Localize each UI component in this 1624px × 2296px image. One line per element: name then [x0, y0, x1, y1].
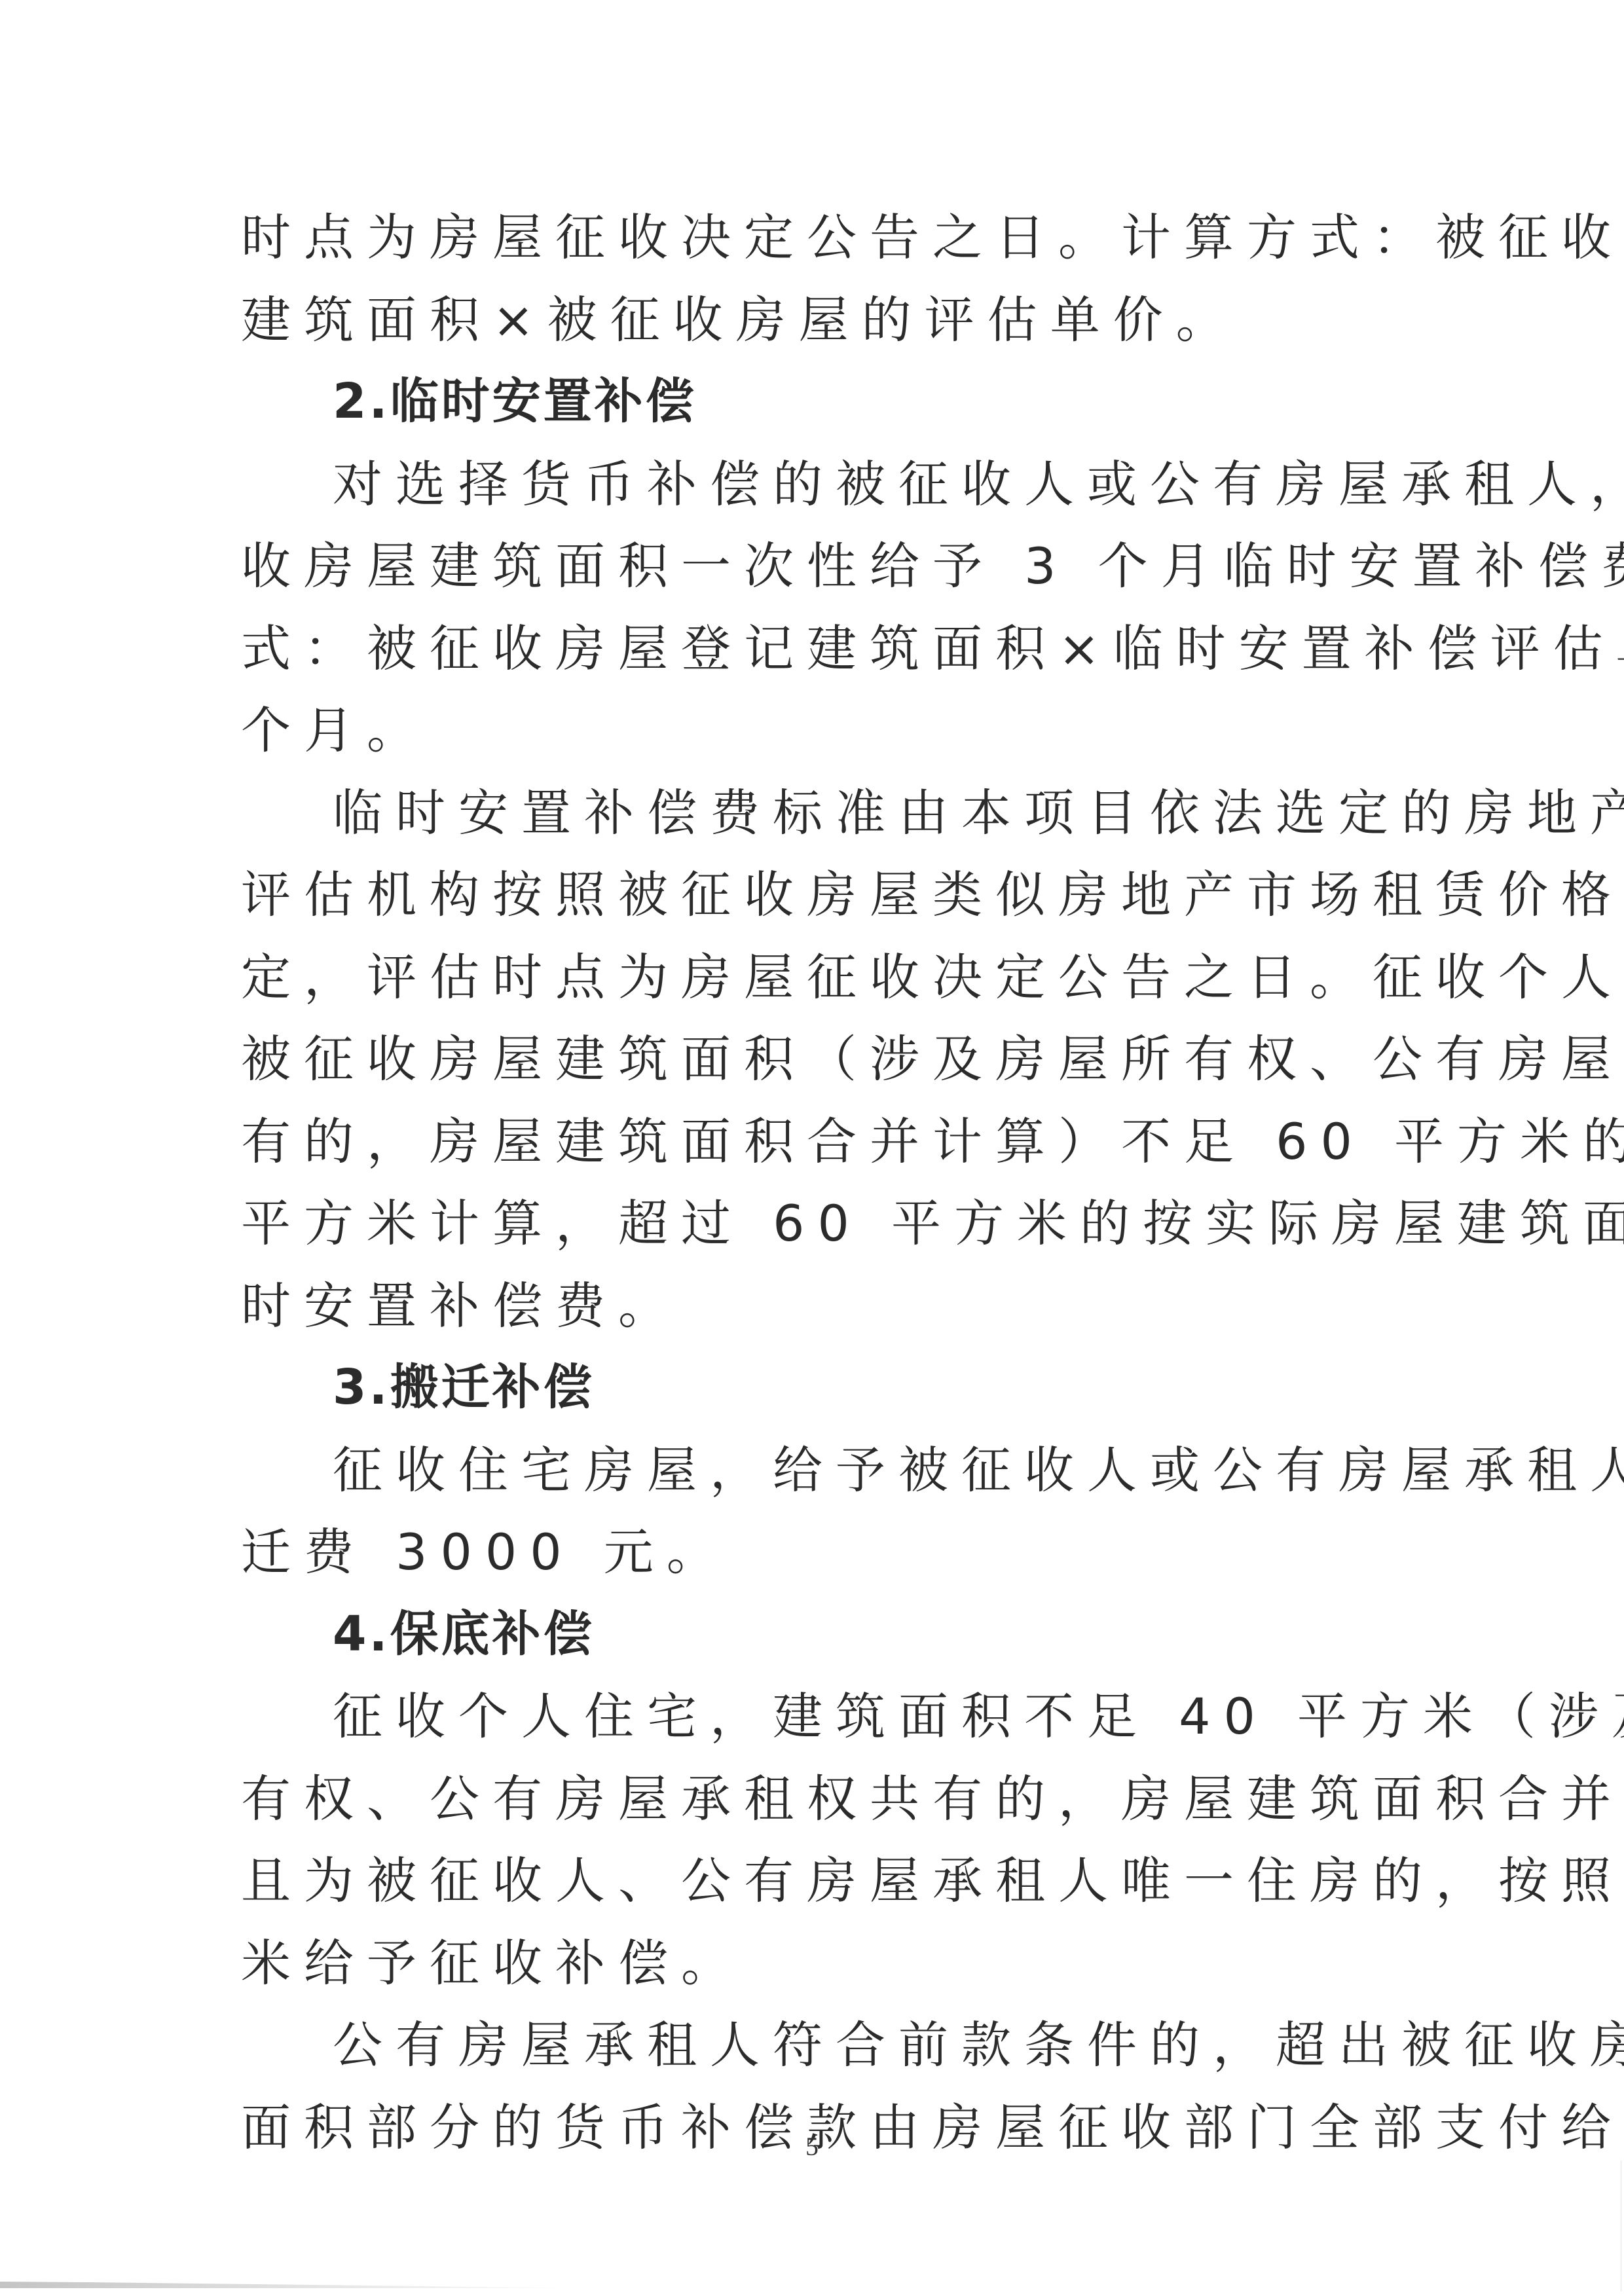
paragraph-line: 临时安置补偿费标准由本项目依法选定的房地产价格: [241, 772, 1393, 854]
section-heading-temporary-resettlement: 2.临时安置补偿: [241, 361, 1393, 443]
paragraph-line: 式：被征收房屋登记建筑面积×临时安置补偿评估单价×3: [241, 608, 1393, 690]
document-body: 时点为房屋征收决定公告之日。计算方式：被征收房屋登记 建筑面积×被征收房屋的评估…: [241, 196, 1393, 2168]
paragraph-line: 征收住宅房屋，给予被征收人或公有房屋承租人房屋搬: [241, 1429, 1393, 1512]
paragraph-line: 定，评估时点为房屋征收决定公告之日。征收个人住宅房屋，: [241, 936, 1393, 1019]
paragraph-line: 时点为房屋征收决定公告之日。计算方式：被征收房屋登记: [241, 196, 1393, 279]
paragraph-line: 平方米计算，超过 60 平方米的按实际房屋建筑面积计算临: [241, 1182, 1393, 1265]
section-heading-minimum-guarantee: 4.保底补偿: [241, 1594, 1393, 1676]
page-number: 5: [0, 2131, 1624, 2162]
paragraph-line: 收房屋建筑面积一次性给予 3 个月临时安置补偿费。计算方: [241, 525, 1393, 608]
paragraph-line: 公有房屋承租人符合前款条件的，超出被征收房屋建筑: [241, 2004, 1393, 2086]
paragraph-line: 且为被征收人、公有房屋承租人唯一住房的，按照 40 平方: [241, 1840, 1393, 1922]
document-page: 时点为房屋征收决定公告之日。计算方式：被征收房屋登记 建筑面积×被征收房屋的评估…: [0, 0, 1624, 2296]
paragraph-line: 时安置补偿费。: [241, 1265, 1393, 1347]
paragraph-line: 有的，房屋建筑面积合并计算）不足 60 平方米的，按照 60: [241, 1101, 1393, 1183]
paragraph-line: 个月。: [241, 689, 1393, 772]
paragraph-line: 征收个人住宅，建筑面积不足 40 平方米（涉及房屋所: [241, 1675, 1393, 1758]
paragraph-line: 迁费 3000 元。: [241, 1511, 1393, 1594]
section-heading-relocation: 3.搬迁补偿: [241, 1347, 1393, 1429]
paragraph-line: 被征收房屋建筑面积（涉及房屋所有权、公有房屋承租权共: [241, 1018, 1393, 1101]
paragraph-line: 对选择货币补偿的被征收人或公有房屋承租人，按被征: [241, 443, 1393, 526]
paragraph-line: 米给予征收补偿。: [241, 1922, 1393, 2005]
scan-edge-artifact: [1621, 2160, 1621, 2291]
paragraph-line: 有权、公有房屋承租权共有的，房屋建筑面积合并计算），: [241, 1758, 1393, 1840]
paragraph-line: 建筑面积×被征收房屋的评估单价。: [241, 279, 1393, 361]
scan-shadow-artifact: [0, 2282, 589, 2288]
paragraph-line: 评估机构按照被征收房屋类似房地产市场租赁价格评估确: [241, 854, 1393, 936]
